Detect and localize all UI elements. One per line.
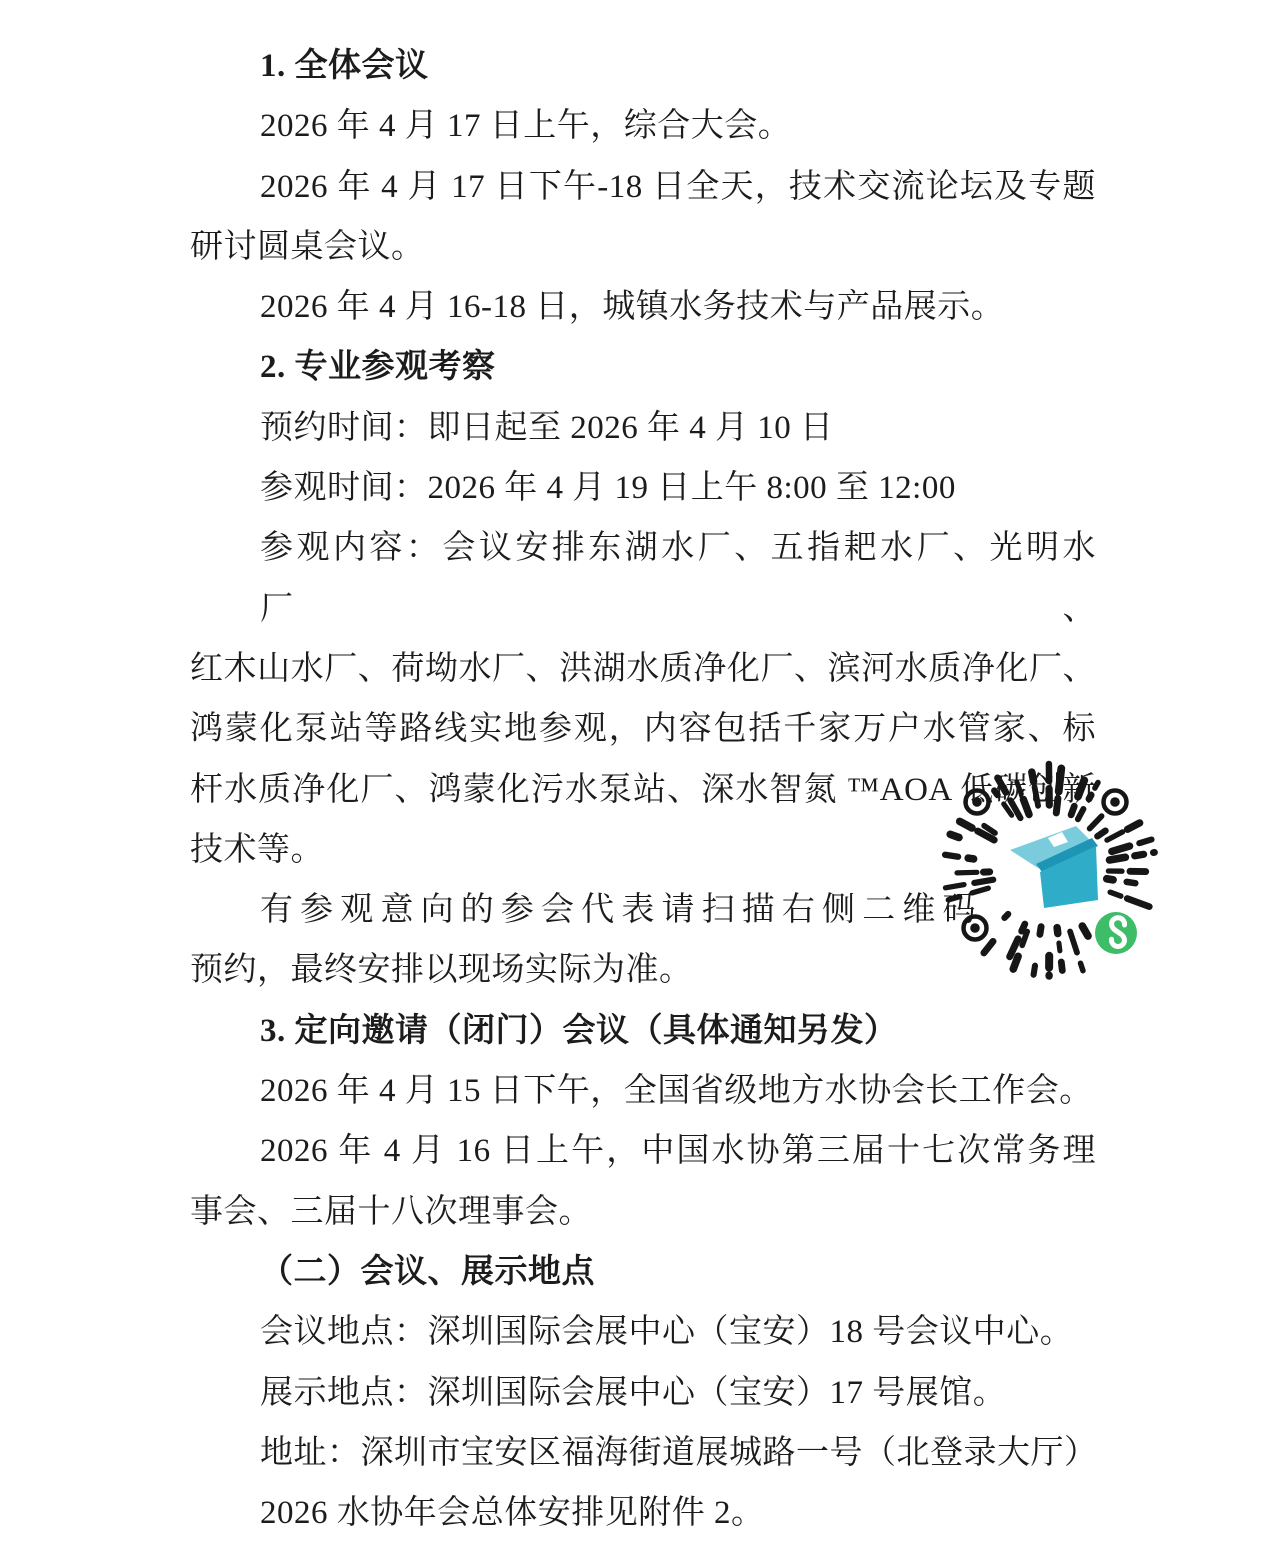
qr-center-logo-box-icon	[1010, 826, 1098, 908]
text-line-21: 会议地点：深圳国际会展中心（宝安）18 号会议中心。	[190, 1302, 1096, 1362]
text-line-5: 2026 年 4 月 16-18 日，城镇水务技术与产品展示。	[190, 277, 1096, 337]
document-page: 1. 全体会议2026 年 4 月 17 日上午，综合大会。2026 年 4 月…	[0, 0, 1280, 1550]
text-line-8: 参观时间：2026 年 4 月 19 日上午 8:00 至 12:00	[190, 458, 1096, 518]
text-line-10: 红木山水厂、荷坳水厂、洪湖水质净化厂、滨河水质净化厂、	[190, 639, 1096, 699]
qr-eye-top-right	[1104, 791, 1127, 814]
text-line-24: 2026 水协年会总体安排见附件 2。	[190, 1483, 1096, 1543]
wechat-miniprogram-icon	[1095, 912, 1137, 954]
text-line-16: 3. 定向邀请（闭门）会议（具体通知另发）	[190, 1001, 1096, 1061]
text-line-1: 1. 全体会议	[190, 36, 1096, 96]
text-line-2: 2026 年 4 月 17 日上午，综合大会。	[190, 96, 1096, 156]
qr-code	[940, 760, 1160, 980]
text-line-3: 2026 年 4 月 17 日下午-18 日全天，技术交流论坛及专题	[190, 157, 1096, 217]
text-line-11: 鸿蒙化泵站等路线实地参观，内容包括千家万户水管家、标	[190, 699, 1096, 759]
text-line-23: 地址：深圳市宝安区福海街道展城路一号（北登录大厅）	[190, 1423, 1096, 1483]
text-line-14: 有参观意向的参会代表请扫描右侧二维码	[190, 880, 976, 940]
text-line-9: 参观内容：会议安排东湖水厂、五指耙水厂、光明水厂、	[190, 518, 1096, 639]
text-line-22: 展示地点：深圳国际会展中心（宝安）17 号展馆。	[190, 1363, 1096, 1423]
text-line-4: 研讨圆桌会议。	[190, 217, 1096, 277]
qr-eye-bottom-left	[964, 917, 987, 940]
text-line-6: 2. 专业参观考察	[190, 337, 1096, 397]
text-line-19: 事会、三届十八次理事会。	[190, 1182, 1096, 1242]
text-line-20: （二）会议、展示地点	[190, 1242, 1096, 1302]
text-line-18: 2026 年 4 月 16 日上午，中国水协第三届十七次常务理	[190, 1121, 1096, 1181]
qr-eye-top-left	[966, 791, 989, 814]
text-line-17: 2026 年 4 月 15 日下午，全国省级地方水协会长工作会。	[190, 1061, 1096, 1121]
text-line-7: 预约时间：即日起至 2026 年 4 月 10 日	[190, 398, 1096, 458]
